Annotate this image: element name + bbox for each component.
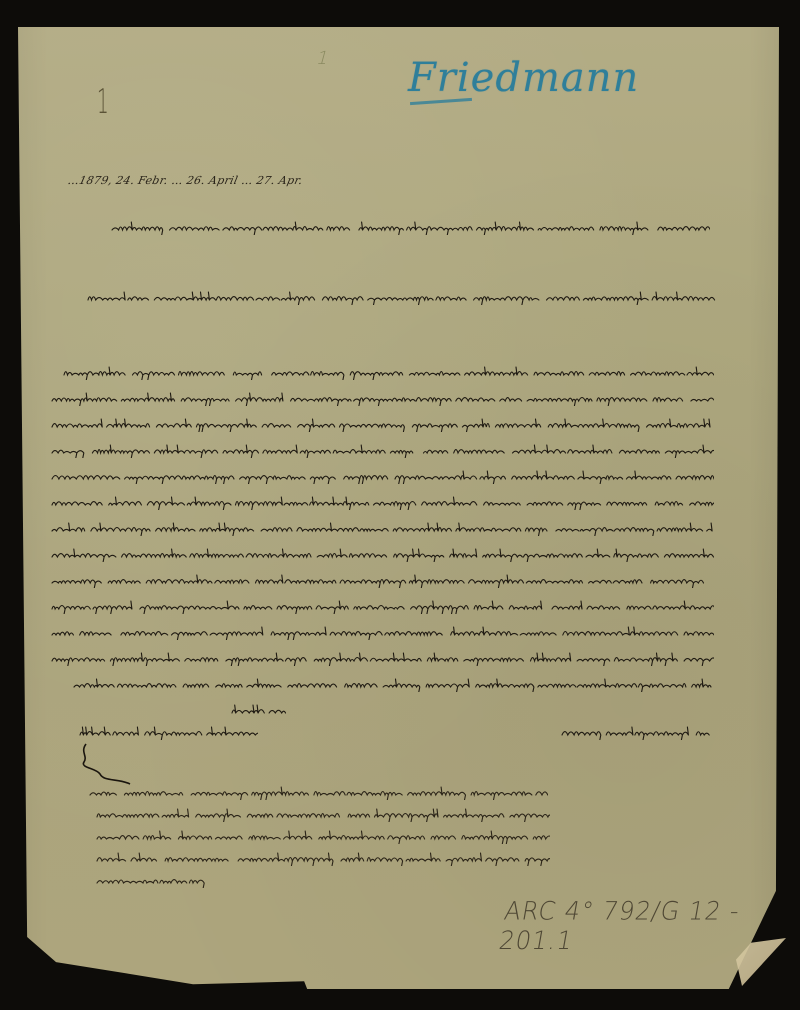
hebrew-heading-line	[86, 291, 726, 305]
hebrew-body-line	[50, 496, 714, 510]
archive-shelfmark: ARC 4° 792/G 12 - 201.1	[497, 897, 800, 956]
german-note-line	[95, 830, 550, 844]
hebrew-body-line	[50, 600, 714, 614]
hebrew-closing-line	[230, 704, 286, 718]
hebrew-heading-line	[110, 221, 710, 235]
hebrew-body-line	[62, 366, 714, 380]
hebrew-body-line	[50, 652, 714, 666]
hebrew-signature-right	[560, 726, 710, 740]
date-note: …1879, 24. Febr. … 26. April … 27. Apr.	[67, 174, 304, 187]
german-note-line	[95, 874, 205, 888]
german-note-line	[95, 852, 550, 866]
signature-flourish	[78, 738, 138, 788]
german-note-line	[88, 786, 548, 800]
hebrew-body-line	[50, 574, 714, 588]
hebrew-body-line	[50, 522, 714, 536]
german-note-line	[95, 808, 550, 822]
hebrew-body-line	[50, 548, 714, 562]
hebrew-body-line	[72, 678, 712, 692]
name-label: Friedmann	[408, 55, 639, 101]
page-number: 1	[97, 82, 109, 122]
hebrew-body-line	[50, 418, 714, 432]
hebrew-body-line	[50, 392, 714, 406]
hebrew-body-line	[50, 470, 714, 484]
hebrew-body-line	[50, 626, 714, 640]
hebrew-body-line	[50, 444, 714, 458]
scan-frame: 1 1 Friedmann …1879, 24. Febr. … 26. Apr…	[0, 0, 800, 1010]
